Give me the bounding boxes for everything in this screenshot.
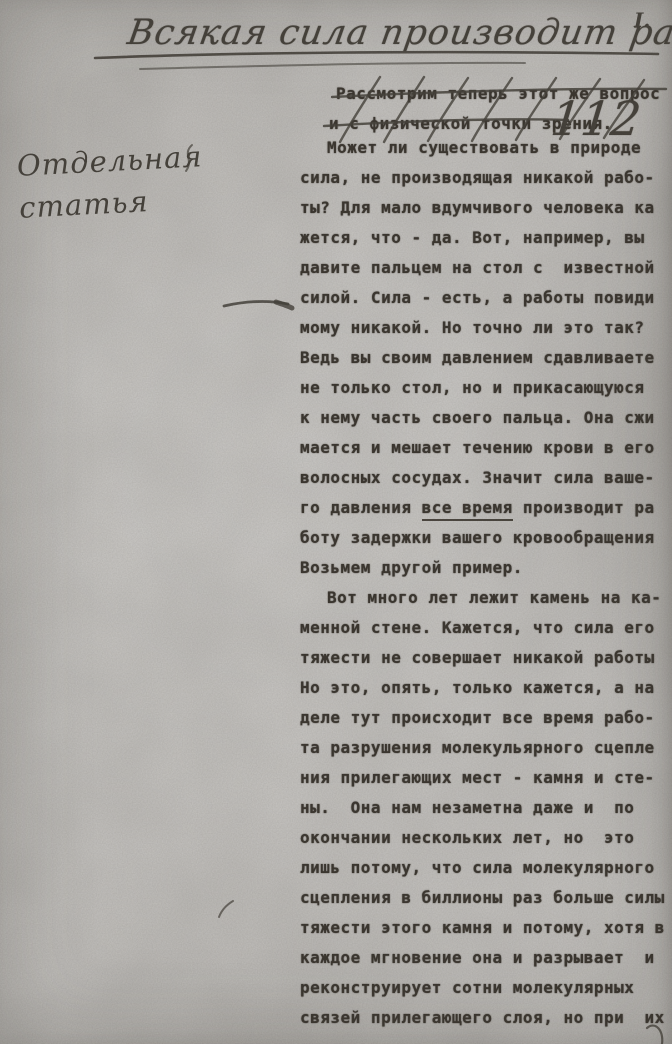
title-underline-stroke-2: [140, 63, 525, 69]
corner-roman-numeral: I.: [634, 8, 650, 32]
underlined-phrase: все время: [422, 498, 513, 521]
typed-line: окончании нескольких лет, но это: [300, 823, 672, 853]
typed-line: мается и мешает течению крови в его: [300, 433, 672, 463]
pen-dash-mark: [224, 302, 288, 306]
typed-line: давите пальцем на стол с известной: [300, 253, 672, 283]
margin-note: Отдельная статья: [16, 135, 206, 229]
typed-line: сила, не производящая никакой рабо-: [300, 163, 672, 193]
handwritten-title: Всякая сила производит работу: [125, 13, 671, 53]
typed-line: сцепления в биллионы раз больше силы: [300, 883, 672, 913]
typed-line: та разрушения молекульярного сцепле: [300, 733, 672, 763]
typed-line: менной стене. Кажется, что сила его: [300, 613, 672, 643]
typed-line: Но это, опять, только кажется, а на: [300, 673, 672, 703]
typed-line: го давления все время производит ра: [300, 493, 672, 523]
pen-dash-blob: [276, 302, 292, 308]
typed-line: тяжести этого камня и потому, хотя в: [300, 913, 672, 943]
typed-text-block: Может ли существовать в природесила, не …: [300, 133, 672, 1033]
typed-line: Может ли существовать в природе: [300, 133, 672, 163]
title-underline-stroke: [95, 52, 658, 58]
pen-tick-mark: [219, 901, 233, 917]
typed-line: ны. Она нам незаметна даже и по: [300, 793, 672, 823]
typed-line: к нему часть своего пальца. Она сжи: [300, 403, 672, 433]
typed-line: силой. Сила - есть, а работы повиди: [300, 283, 672, 313]
typed-line: волосных сосудах. Значит сила ваше-: [300, 463, 672, 493]
typed-line: ты? Для мало вдумчивого человека ка: [300, 193, 672, 223]
typed-line: не только стол, но и прикасающуюся: [300, 373, 672, 403]
typed-line: Возьмем другой пример.: [300, 553, 672, 583]
typed-line: тяжести не совершает никакой работы: [300, 643, 672, 673]
typed-line: мому никакой. Но точно ли это так?: [300, 313, 672, 343]
typed-line: связей прилегающего слоя, но при их: [300, 1003, 672, 1033]
typed-line: боту задержки вашего кровообращения: [300, 523, 672, 553]
typed-line: лишь потому, что сила молекулярного: [300, 853, 672, 883]
typed-line: Вот много лет лежит камень на ка-: [300, 583, 672, 613]
margin-note-line-2: статья: [18, 177, 206, 229]
typed-line: реконструирует сотни молекулярных: [300, 973, 672, 1003]
typed-line: Ведь вы своим давлением сдавливаете: [300, 343, 672, 373]
typed-line: деле тут происходит все время рабо-: [300, 703, 672, 733]
manuscript-page: Всякая сила производит работу I. Отдельн…: [0, 0, 672, 1044]
typed-line: каждое мгновение она и разрывает и: [300, 943, 672, 973]
typed-line: ния прилегающих мест - камня и сте-: [300, 763, 672, 793]
typed-line: жется, что - да. Вот, например, вы: [300, 223, 672, 253]
